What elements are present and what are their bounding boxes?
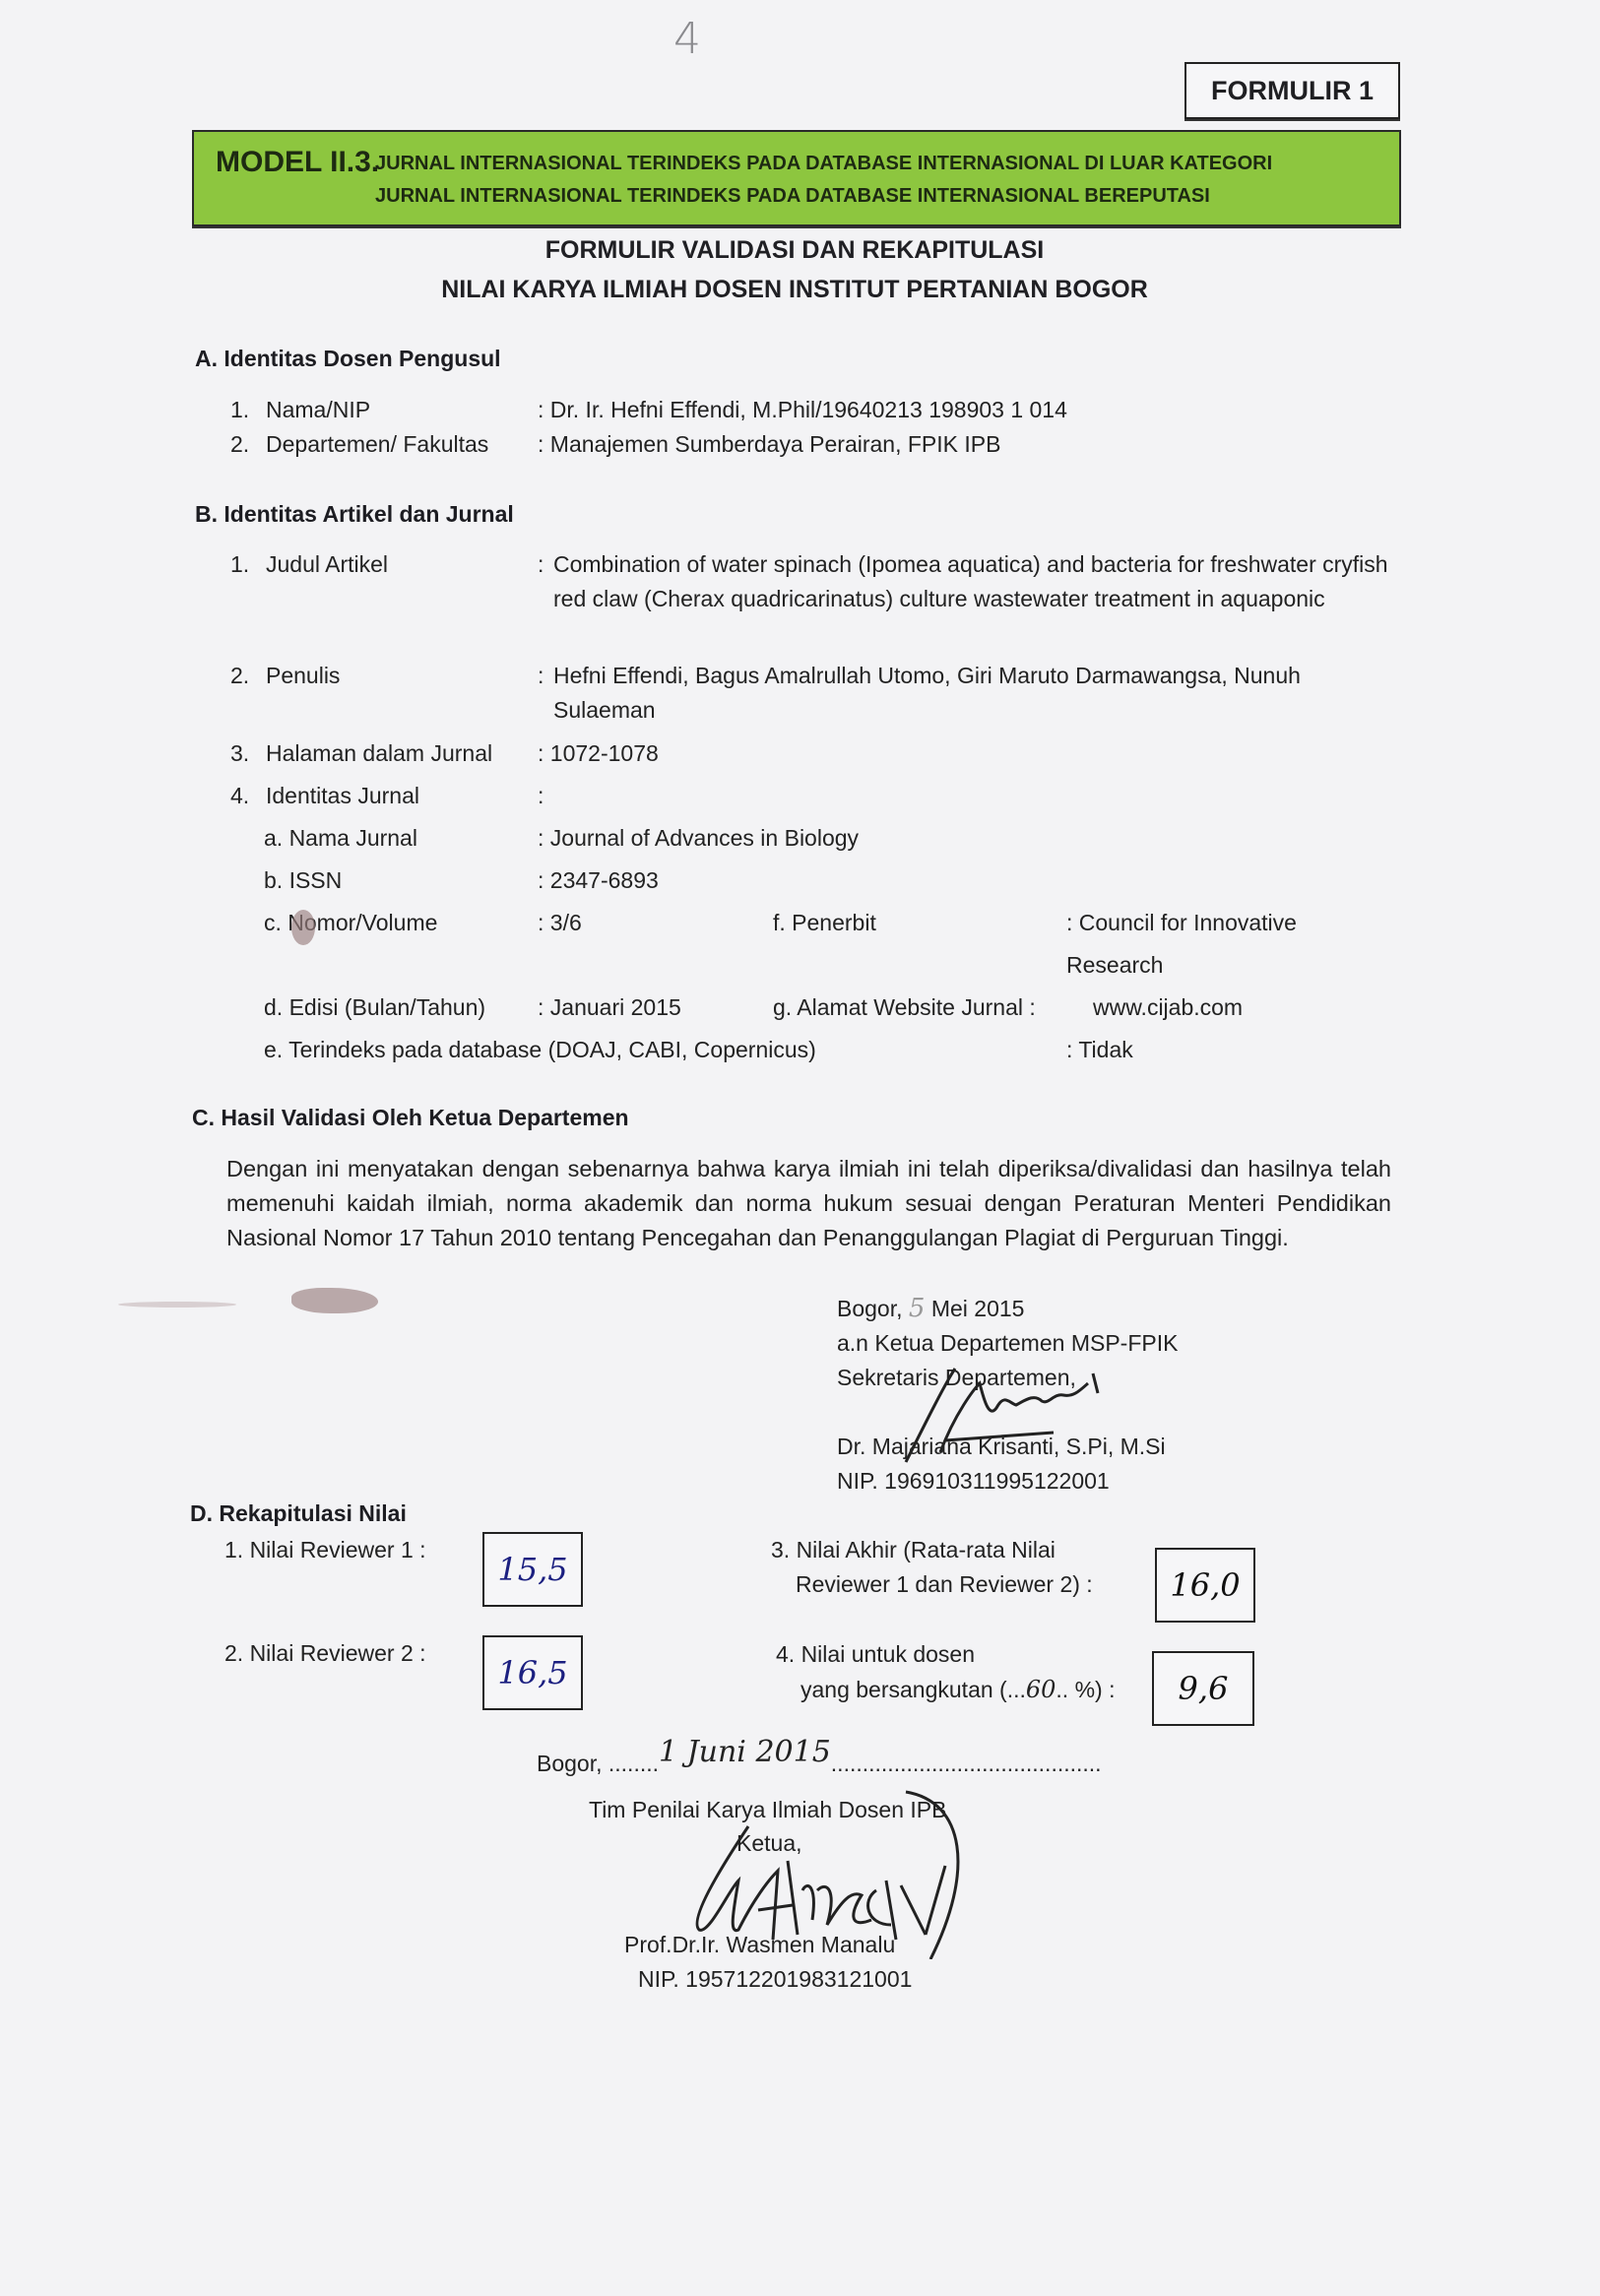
handwritten-page-number: 4 [673,14,701,64]
reviewer-1-value: 15,5 [497,1551,567,1588]
penerbit-value-line-2: Research [1066,952,1163,979]
form-label: FORMULIR 1 [1211,76,1374,106]
section-b-heading: B. Identitas Artikel dan Jurnal [195,501,514,528]
ink-stain [291,910,315,945]
reviewer-2-value: 16,5 [497,1654,567,1691]
row-nama-num: 1. [230,397,249,423]
row-nama-value: : Dr. Ir. Hefni Effendi, M.Phil/19640213… [538,397,1067,423]
edisi-value: : Januari 2015 [538,994,681,1021]
on-behalf: a.n Ketua Departemen MSP-FPIK [837,1326,1178,1361]
department-date-rest: Mei 2015 [931,1296,1025,1321]
lecturer-score-label-line-2: yang bersangkutan (...60.. %) : [800,1676,1115,1703]
judul-colon: : [538,551,544,578]
footer-date-place: Bogor, ........ [537,1751,659,1776]
penulis-num: 2. [230,663,249,689]
nomor-volume-label: c. Nomor/Volume [264,910,437,936]
judul-value-text: Combination of water spinach (Ipomea aqu… [553,551,1388,611]
reviewer-2-label: 2. Nilai Reviewer 2 : [224,1640,426,1667]
halaman-value: : 1072-1078 [538,740,659,767]
reviewer-1-value-box: 15,5 [482,1532,583,1607]
validation-paragraph: Dengan ini menyatakan dengan sebenarnya … [226,1152,1391,1255]
lecturer-score-value-box: 9,6 [1152,1651,1254,1726]
form-title-line-1: FORMULIR VALIDASI DAN REKAPITULASI [192,236,1397,265]
row-departemen-num: 2. [230,431,249,458]
website-value: www.cijab.com [1093,994,1243,1021]
lecturer-score-prefix: yang bersangkutan (... [800,1677,1026,1702]
halaman-num: 3. [230,740,249,767]
terindeks-value: : Tidak [1066,1037,1133,1063]
lecturer-score-percent: 60 [1026,1676,1056,1703]
identitas-label: Identitas Jurnal [266,783,419,809]
lecturer-score-suffix: .. %) : [1056,1677,1115,1702]
department-date: Bogor, 5 Mei 2015 [837,1292,1178,1326]
footer-signer-nip: NIP. 195712201983121001 [638,1966,912,1993]
row-departemen-label: Departemen/ Fakultas [266,431,488,458]
section-a-heading: A. Identitas Dosen Pengusul [195,346,501,372]
department-date-place: Bogor, [837,1296,903,1321]
model-label: MODEL II.3. [216,146,379,179]
section-c-heading: C. Hasil Validasi Oleh Ketua Departemen [192,1105,629,1131]
website-label: g. Alamat Website Jurnal : [773,994,1036,1021]
penerbit-label: f. Penerbit [773,910,876,936]
nomor-volume-value: : 3/6 [538,910,582,936]
banner-line-1: JURNAL INTERNASIONAL TERINDEKS PADA DATA… [375,153,1272,175]
final-score-label-line-2: Reviewer 1 dan Reviewer 2) : [796,1571,1093,1598]
row-departemen-value: : Manajemen Sumberdaya Perairan, FPIK IP… [538,431,1000,458]
terindeks-label: e. Terindeks pada database (DOAJ, CABI, … [264,1037,816,1063]
penerbit-value-line-1: : Council for Innovative [1066,910,1297,936]
penulis-label: Penulis [266,663,340,689]
nama-jurnal-value: : Journal of Advances in Biology [538,825,859,852]
footer-date-handwritten: 1 Juni 2015 [659,1735,831,1769]
department-date-day: 5 [909,1294,926,1323]
final-score-value-box: 16,0 [1155,1548,1255,1623]
lecturer-score-label-line-1: 4. Nilai untuk dosen [776,1641,975,1668]
penulis-value: Hefni Effendi, Bagus Amalrullah Utomo, G… [553,659,1361,728]
reviewer-1-label: 1. Nilai Reviewer 1 : [224,1537,426,1563]
halaman-label: Halaman dalam Jurnal [266,740,492,767]
penulis-colon: : [538,663,544,689]
ink-smudge [118,1302,236,1307]
footer-signer-name: Prof.Dr.Ir. Wasmen Manalu [624,1932,895,1958]
section-d-heading: D. Rekapitulasi Nilai [190,1500,407,1527]
model-banner: MODEL II.3. JURNAL INTERNASIONAL TERINDE… [192,130,1401,226]
reviewer-2-value-box: 16,5 [482,1635,583,1710]
issn-label: b. ISSN [264,867,342,894]
lecturer-score-value: 9,6 [1179,1670,1229,1707]
row-nama-label: Nama/NIP [266,397,370,423]
department-signature [886,1364,1122,1472]
issn-value: : 2347-6893 [538,867,659,894]
form-title-line-2: NILAI KARYA ILMIAH DOSEN INSTITUT PERTAN… [192,276,1397,304]
final-score-label-line-1: 3. Nilai Akhir (Rata-rata Nilai [771,1537,1056,1563]
ink-stain [291,1288,378,1313]
nama-jurnal-label: a. Nama Jurnal [264,825,417,852]
identitas-value: : [538,783,544,809]
final-score-value: 16,0 [1170,1566,1240,1604]
banner-line-2: JURNAL INTERNASIONAL TERINDEKS PADA DATA… [375,185,1210,208]
edisi-label: d. Edisi (Bulan/Tahun) [264,994,485,1021]
identitas-num: 4. [230,783,249,809]
judul-num: 1. [230,551,249,578]
judul-value: Combination of water spinach (Ipomea aqu… [553,547,1410,616]
form-label-box: FORMULIR 1 [1184,62,1400,119]
judul-label: Judul Artikel [266,551,388,578]
